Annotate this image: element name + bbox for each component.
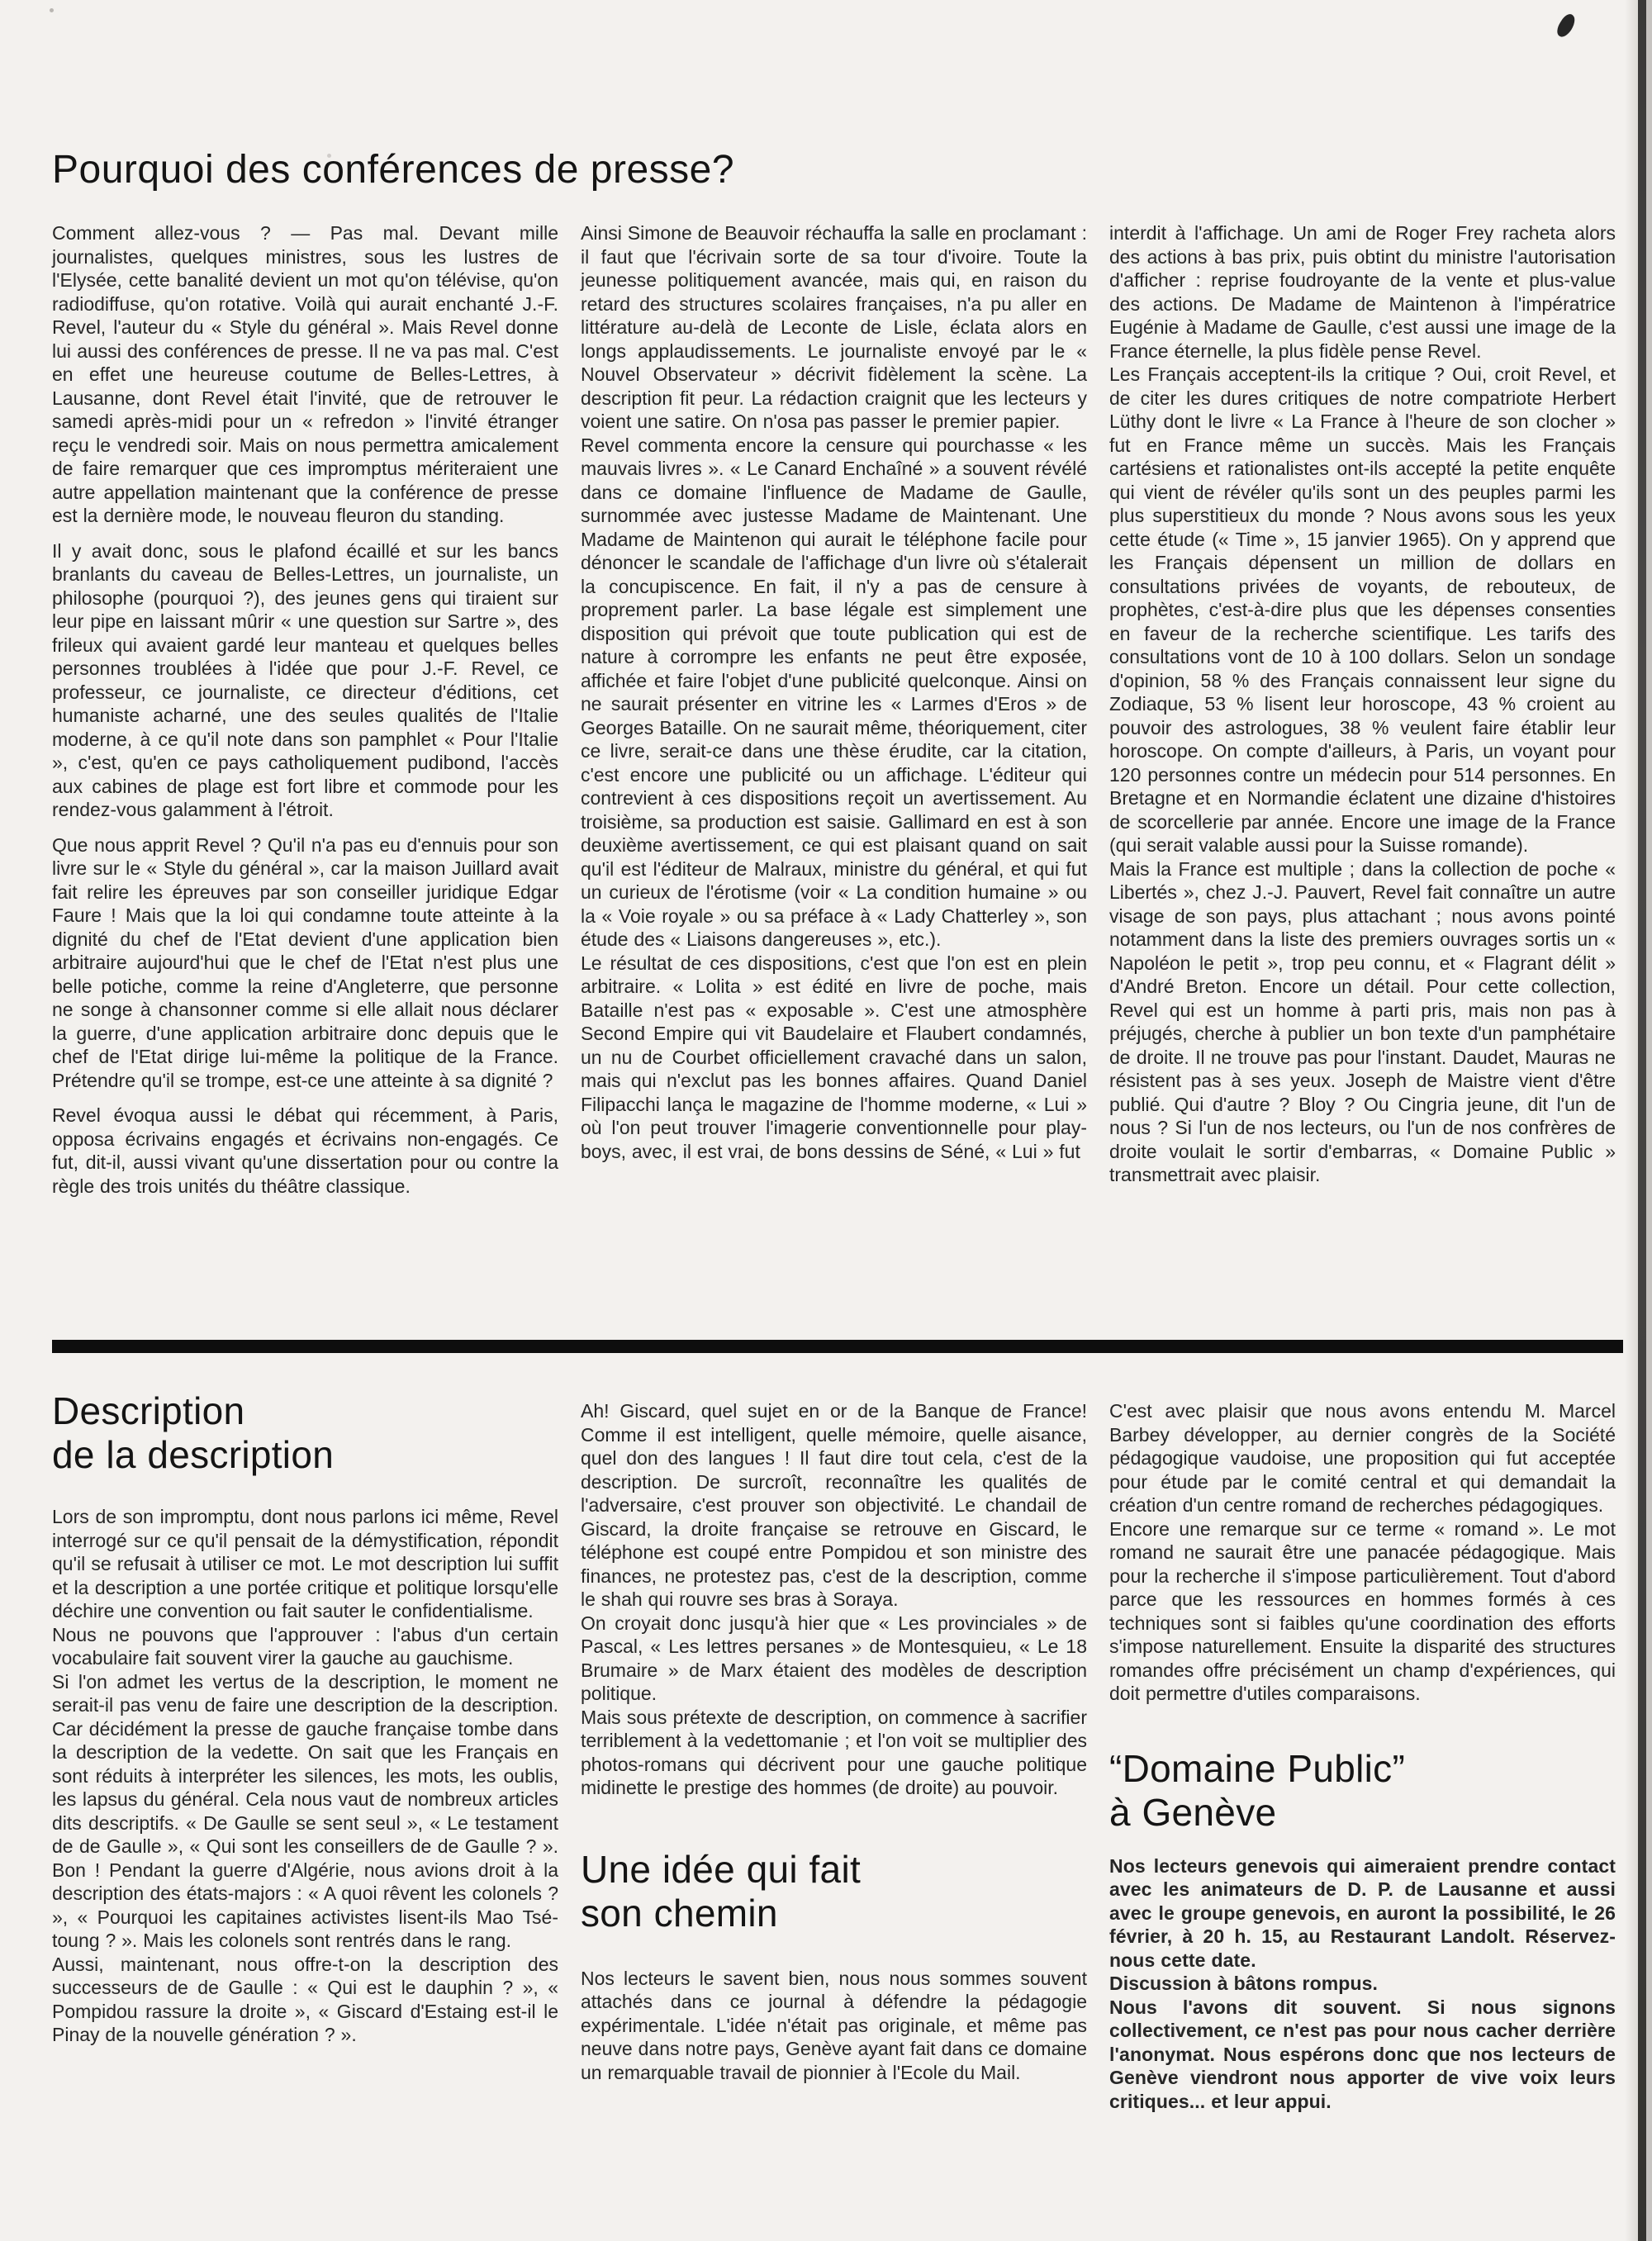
title-line: “Domaine Public” — [1109, 1747, 1616, 1791]
body-paragraph: Comment allez-vous ? — Pas mal. Devant m… — [52, 221, 558, 528]
article-conferences-column-3: interdit à l'affichage. Un ami de Roger … — [1109, 221, 1616, 1187]
title-line: à Genève — [1109, 1791, 1616, 1835]
title-line: Une idée qui fait — [581, 1848, 1087, 1892]
body-paragraph: Revel évoqua aussi le débat qui récemmen… — [52, 1104, 558, 1198]
scanned-newspaper-page: { "top": { "title": "Pourquoi des confér… — [0, 0, 1652, 2241]
article-conferences-column-1: Comment allez-vous ? — Pas mal. Devant m… — [52, 221, 558, 1198]
section-divider-rule — [52, 1340, 1623, 1353]
body-paragraph: Revel commenta encore la censure qui pou… — [581, 434, 1087, 952]
article-title-une-idee: Une idée qui fait son chemin — [581, 1848, 1087, 1935]
article-barbey-and-domaine-public-column: C'est avec plaisir que nous avons entend… — [1109, 1399, 1616, 2113]
body-paragraph: Que nous apprit Revel ? Qu'il n'a pas eu… — [52, 833, 558, 1093]
body-paragraph: Nous l'avons dit souvent. Si nous signon… — [1109, 1996, 1616, 2114]
body-paragraph: Lors de son impromptu, dont nous parlons… — [52, 1505, 558, 1623]
body-paragraph: Encore une remarque sur ce terme « roman… — [1109, 1517, 1616, 1706]
body-paragraph: C'est avec plaisir que nous avons entend… — [1109, 1399, 1616, 1517]
article-title-description: Description de la description — [52, 1389, 558, 1477]
body-paragraph: Nous ne pouvons que l'approuver : l'abus… — [52, 1623, 558, 1670]
body-paragraph: Aussi, maintenant, nous offre-t-on la de… — [52, 1953, 558, 2047]
body-paragraph: Nos lecteurs le savent bien, nous nous s… — [581, 1967, 1087, 2085]
body-paragraph: Discussion à bâtons rompus. — [1109, 1972, 1616, 1996]
body-paragraph: Mais la France est multiple ; dans la co… — [1109, 857, 1616, 1187]
scan-edge-shading — [1625, 0, 1638, 2241]
body-paragraph: Il y avait donc, sous le plafond écaillé… — [52, 539, 558, 822]
scan-edge-line — [1638, 0, 1646, 2241]
article-conferences-column-2: Ainsi Simone de Beauvoir réchauffa la sa… — [581, 221, 1087, 1163]
title-line: son chemin — [581, 1892, 1087, 1935]
body-paragraph: Mais sous prétexte de description, on co… — [581, 1706, 1087, 1800]
body-paragraph: interdit à l'affichage. Un ami de Roger … — [1109, 221, 1616, 363]
scan-ink-speck — [1554, 12, 1578, 40]
article-title-domaine-public: “Domaine Public” à Genève — [1109, 1747, 1616, 1835]
body-paragraph: Le résultat de ces dispositions, c'est q… — [581, 952, 1087, 1164]
article-title-conferences: Pourquoi des conférences de presse? — [52, 147, 734, 193]
body-paragraph: Ainsi Simone de Beauvoir réchauffa la sa… — [581, 221, 1087, 434]
title-line: Description — [52, 1389, 558, 1433]
title-line: de la description — [52, 1433, 558, 1477]
body-paragraph: Si l'on admet les vertus de la descripti… — [52, 1670, 558, 1953]
body-paragraph: Ah! Giscard, quel sujet en or de la Banq… — [581, 1399, 1087, 1612]
body-paragraph: Nos lecteurs genevois qui aimeraient pre… — [1109, 1854, 1616, 1973]
article-description-column: Description de la description Lors de so… — [52, 1389, 558, 2047]
scan-edge-band — [1646, 0, 1652, 2241]
article-giscard-and-idee-column: Ah! Giscard, quel sujet en or de la Banq… — [581, 1399, 1087, 2084]
announcement-bold-text: Nos lecteurs genevois qui aimeraient pre… — [1109, 1854, 1616, 2114]
scan-dust-speck — [50, 8, 54, 12]
body-paragraph: Les Français acceptent-ils la critique ?… — [1109, 363, 1616, 857]
body-paragraph: On croyait donc jusqu'à hier que « Les p… — [581, 1612, 1087, 1706]
